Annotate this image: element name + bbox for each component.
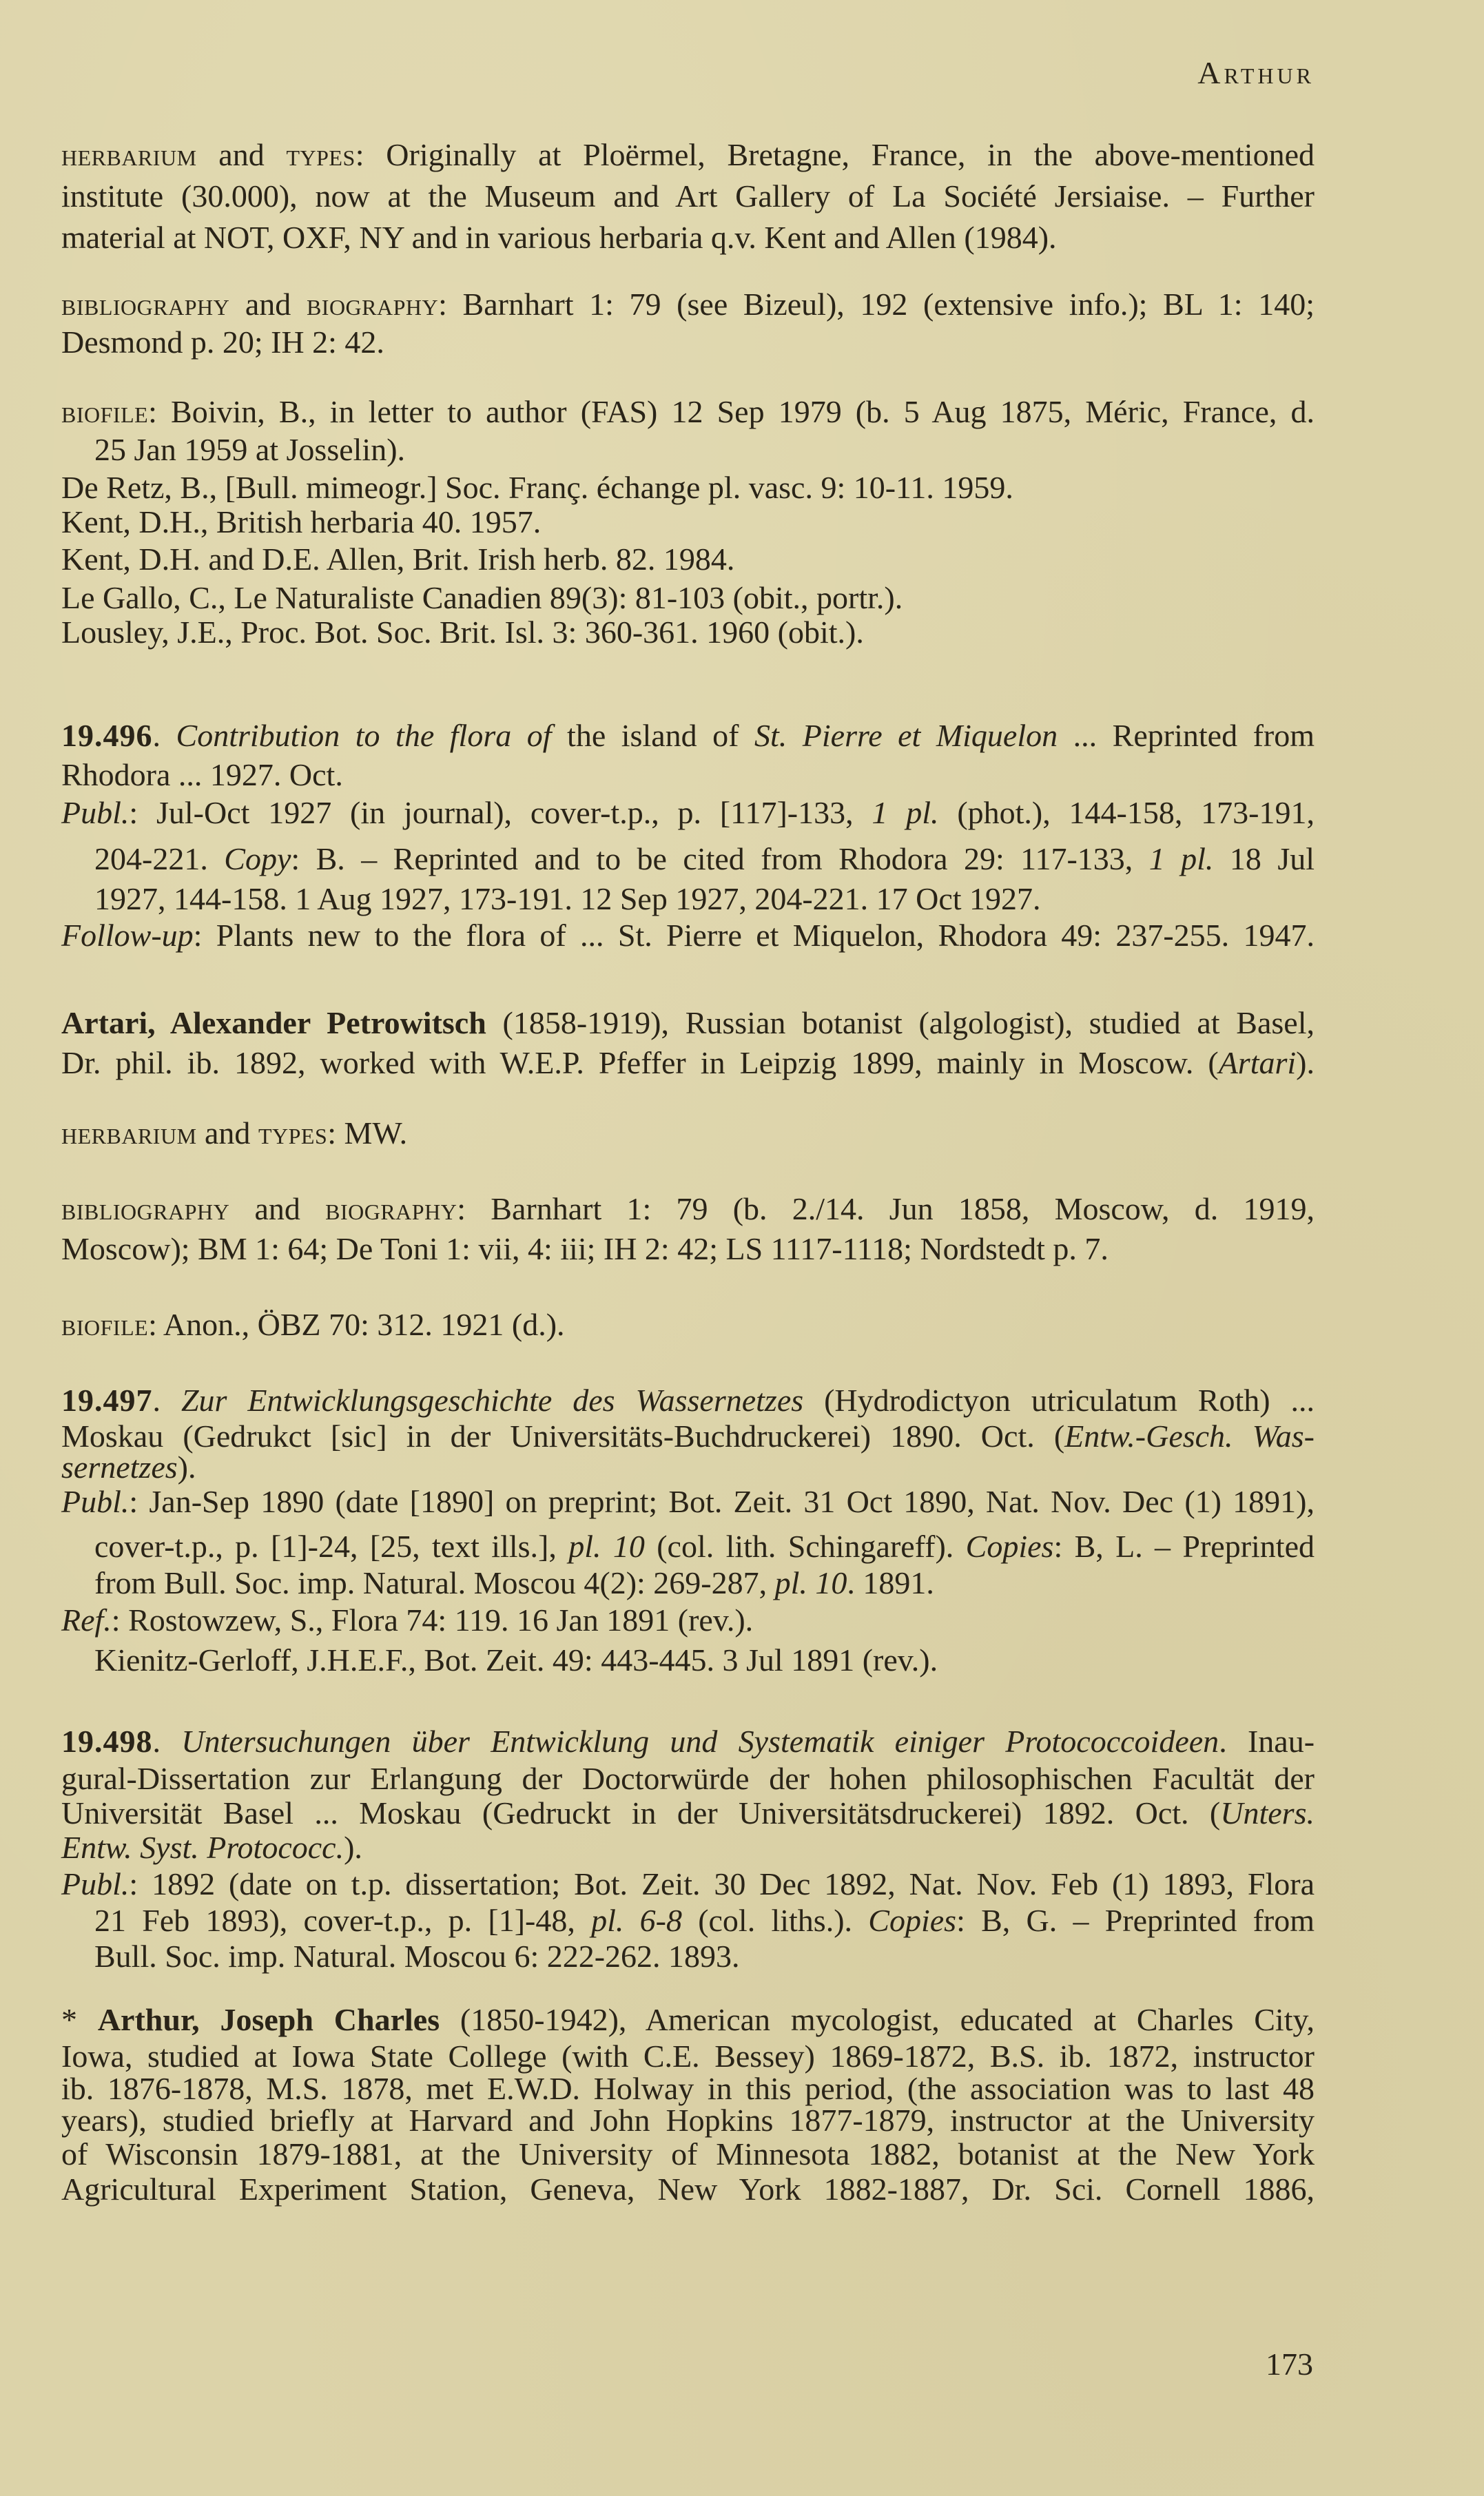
text-run: years), studied briefly at Harvard and J… — [61, 2103, 1315, 2138]
text-run: (phot.), 144-158, 173-191, — [939, 795, 1315, 830]
text-line: 25 Jan 1959 at Josselin). — [94, 431, 1315, 469]
text-line: BIOFILE: Anon., ÖBZ 70: 312. 1921 (d.). — [61, 1306, 1315, 1344]
italic-run: Unters. — [1220, 1795, 1315, 1830]
text-run: and — [229, 1191, 325, 1226]
italic-run: Follow-up — [61, 918, 194, 953]
text-run: Kent, D.H. and D.E. Allen, Brit. Irish h… — [61, 542, 734, 577]
bold-name: Arthur, Joseph Charles — [98, 2002, 440, 2037]
text-run: : Plants new to the flora of ... St. Pie… — [194, 918, 1315, 953]
text-run: . — [153, 1724, 182, 1759]
text-line: Publ.: Jul-Oct 1927 (in journal), cover-… — [61, 794, 1315, 832]
italic-run: sernetzes — [61, 1450, 178, 1485]
text-run: the island of — [552, 718, 754, 753]
running-head: Arthur — [1197, 54, 1315, 92]
text-run: 18 Jul — [1213, 841, 1315, 876]
text-run: cover-t.p., p. [1]-24, [25, text ills.], — [94, 1529, 568, 1564]
italic-run: Ref. — [61, 1602, 112, 1638]
bold-name: Artari, Alexander Petrowitsch — [61, 1005, 486, 1040]
text-run: ). — [344, 1830, 362, 1865]
text-run: (Hydrodictyon utriculatum Roth) ... — [803, 1383, 1315, 1418]
text-run: Agricultural Experiment Station, Geneva,… — [61, 2172, 1315, 2207]
text-line: * Arthur, Joseph Charles (1850-1942), Am… — [61, 2001, 1315, 2039]
text-run: : B, G. – Preprinted from — [956, 1903, 1315, 1938]
text-run: : MW. — [327, 1115, 407, 1151]
text-line: Desmond p. 20; IH 2: 42. — [61, 323, 1315, 362]
italic-run: Artari — [1219, 1045, 1296, 1080]
text-run: Iowa, studied at Iowa State College (wit… — [61, 2039, 1315, 2074]
text-run: and — [197, 1115, 258, 1151]
text-run: Le Gallo, C., Le Naturaliste Canadien 89… — [61, 580, 903, 615]
text-run: 1927, 144-158. 1 Aug 1927, 173-191. 12 S… — [94, 881, 1041, 916]
italic-run: Copies — [868, 1903, 956, 1938]
text-line: 19.496. Contribution to the flora of the… — [61, 716, 1315, 755]
italic-run: Copies — [966, 1529, 1054, 1564]
text-line: material at NOT, OXF, NY and in various … — [61, 218, 1315, 257]
text-run: 25 Jan 1959 at Josselin). — [94, 432, 405, 467]
text-run: gural-Dissertation zur Erlangung der Doc… — [61, 1761, 1315, 1796]
text-line: Artari, Alexander Petrowitsch (1858-1919… — [61, 1004, 1315, 1042]
text-run: : Rostowzew, S., Flora 74: 119. 16 Jan 1… — [112, 1602, 753, 1638]
text-run: : Anon., ÖBZ 70: 312. 1921 (d.). — [148, 1307, 564, 1342]
section-label: BIOFILE — [61, 1307, 148, 1342]
text-line: Entw. Syst. Protococc.). — [61, 1828, 1315, 1867]
text-run: Kent, D.H., British herbaria 40. 1957. — [61, 504, 541, 539]
italic-run: pl. 6-8 — [591, 1903, 682, 1938]
text-line: sernetzes). — [61, 1448, 1315, 1487]
italic-run: pl. 10 — [568, 1529, 645, 1564]
text-run: : 1892 (date on t.p. dissertation; Bot. … — [129, 1866, 1315, 1901]
text-run: . Inau- — [1219, 1724, 1315, 1759]
text-run: (col. liths.). — [682, 1903, 868, 1938]
text-run: ... Reprinted from — [1058, 718, 1315, 753]
text-line: 1927, 144-158. 1 Aug 1927, 173-191. 12 S… — [94, 880, 1315, 918]
section-label: BIBLIOGRAPHY — [61, 1191, 229, 1226]
text-run: : Barnhart 1: 79 (b. 2./14. Jun 1858, Mo… — [457, 1191, 1315, 1226]
text-run: material at NOT, OXF, NY and in various … — [61, 220, 1057, 255]
italic-run: Entw. Syst. Protococc. — [61, 1830, 344, 1865]
text-line: Lousley, J.E., Proc. Bot. Soc. Brit. Isl… — [61, 613, 1315, 652]
text-line: Agricultural Experiment Station, Geneva,… — [61, 2170, 1315, 2209]
text-run: (1850-1942), American mycologist, educat… — [440, 2002, 1315, 2037]
text-line: BIBLIOGRAPHY and BIOGRAPHY: Barnhart 1: … — [61, 285, 1315, 324]
text-run: of Wisconsin 1879-1881, at the Universit… — [61, 2136, 1315, 2172]
text-run: . — [153, 1383, 181, 1418]
text-line: 204-221. Copy: B. – Reprinted and to be … — [94, 840, 1315, 878]
italic-run: Copy — [224, 841, 291, 876]
text-line: De Retz, B., [Bull. mimeogr.] Soc. Franç… — [61, 468, 1315, 507]
section-label: HERBARIUM — [61, 137, 197, 172]
text-line: Ref.: Rostowzew, S., Flora 74: 119. 16 J… — [61, 1601, 1315, 1640]
text-line: Publ.: Jan-Sep 1890 (date [1890] on prep… — [61, 1483, 1315, 1521]
italic-run: pl. 10 — [775, 1565, 847, 1600]
text-run: (1858-1919), Russian botanist (algologis… — [486, 1005, 1315, 1040]
text-run: Kienitz-Gerloff, J.H.E.F., Bot. Zeit. 49… — [94, 1642, 938, 1678]
text-line: Kent, D.H. and D.E. Allen, Brit. Irish h… — [61, 540, 1315, 579]
text-run: De Retz, B., [Bull. mimeogr.] Soc. Franç… — [61, 470, 1013, 505]
section-label: TYPES — [286, 137, 355, 172]
italic-run: St. Pierre et Miquelon — [754, 718, 1058, 753]
italic-run: Contribution to the flora of — [176, 718, 552, 753]
text-line: 21 Feb 1893), cover-t.p., p. [1]-48, pl.… — [94, 1901, 1315, 1940]
text-run: : Originally at Ploërmel, Bretagne, Fran… — [355, 137, 1315, 172]
text-line: HERBARIUM and TYPES: MW. — [61, 1114, 1315, 1153]
page-number: 173 — [1266, 2345, 1313, 2384]
text-line: Universität Basel ... Moskau (Gedruckt i… — [61, 1794, 1315, 1833]
text-run: . 1891. — [847, 1565, 934, 1600]
text-run: 204-221. — [94, 841, 224, 876]
text-run: institute (30.000), now at the Museum an… — [61, 178, 1315, 214]
italic-run: 1 pl. — [872, 795, 938, 830]
entry-number: 19.496 — [61, 718, 153, 753]
text-line: from Bull. Soc. imp. Natural. Moscou 4(2… — [94, 1564, 1315, 1602]
text-run: ). — [1296, 1045, 1315, 1080]
entry-number: 19.498 — [61, 1724, 153, 1759]
text-line: 19.498. Untersuchungen über Entwicklung … — [61, 1722, 1315, 1761]
italic-run: Publ. — [61, 1866, 129, 1901]
text-run: Lousley, J.E., Proc. Bot. Soc. Brit. Isl… — [61, 615, 864, 650]
text-line: Moscow); BM 1: 64; De Toni 1: vii, 4: ii… — [61, 1230, 1315, 1268]
text-run: Universität Basel ... Moskau (Gedruckt i… — [61, 1795, 1220, 1830]
text-run: ). — [178, 1450, 196, 1485]
text-run: : Jan-Sep 1890 (date [1890] on preprint;… — [129, 1484, 1315, 1519]
section-label: BIOGRAPHY — [307, 287, 438, 322]
text-run: Moscow); BM 1: 64; De Toni 1: vii, 4: ii… — [61, 1231, 1109, 1266]
text-run: from Bull. Soc. imp. Natural. Moscou 4(2… — [94, 1565, 775, 1600]
text-line: Kienitz-Gerloff, J.H.E.F., Bot. Zeit. 49… — [94, 1641, 1315, 1680]
text-line: Rhodora ... 1927. Oct. — [61, 756, 1315, 794]
text-line: cover-t.p., p. [1]-24, [25, text ills.],… — [94, 1527, 1315, 1566]
text-run: : B, L. – Preprinted — [1053, 1529, 1315, 1564]
entry-number: 19.497 — [61, 1383, 153, 1418]
text-run: Bull. Soc. imp. Natural. Moscou 6: 222-2… — [94, 1939, 740, 1974]
section-label: BIOFILE — [61, 394, 148, 429]
italic-run: Publ. — [61, 795, 129, 830]
text-line: 19.497. Zur Entwicklungsgeschichte des W… — [61, 1381, 1315, 1420]
text-run: : B. – Reprinted and to be cited from Rh… — [291, 841, 1148, 876]
text-run: and — [197, 137, 287, 172]
text-line: Dr. phil. ib. 1892, worked with W.E.P. P… — [61, 1044, 1315, 1082]
text-run: : Boivin, B., in letter to author (FAS) … — [148, 394, 1315, 429]
italic-run: Publ. — [61, 1484, 129, 1519]
text-run: and — [229, 287, 307, 322]
section-label: TYPES — [258, 1115, 327, 1151]
text-run: * — [61, 2002, 98, 2037]
text-run: : Jul-Oct 1927 (in journal), cover-t.p.,… — [129, 795, 872, 830]
text-line: BIOFILE: Boivin, B., in letter to author… — [61, 393, 1315, 431]
text-line: Bull. Soc. imp. Natural. Moscou 6: 222-2… — [94, 1937, 1315, 1976]
text-line: of Wisconsin 1879-1881, at the Universit… — [61, 2135, 1315, 2174]
text-run: Desmond p. 20; IH 2: 42. — [61, 324, 384, 360]
text-line: Follow-up: Plants new to the flora of ..… — [61, 916, 1315, 955]
text-run: Rhodora ... 1927. Oct. — [61, 757, 343, 792]
italic-run: Zur Entwicklungsgeschichte des Wassernet… — [181, 1383, 803, 1418]
text-line: BIBLIOGRAPHY and BIOGRAPHY: Barnhart 1: … — [61, 1190, 1315, 1228]
text-line: Kent, D.H., British herbaria 40. 1957. — [61, 503, 1315, 542]
text-line: gural-Dissertation zur Erlangung der Doc… — [61, 1760, 1315, 1798]
text-run: (col. lith. Schingareff). — [645, 1529, 966, 1564]
italic-run: 1 pl. — [1149, 841, 1214, 876]
text-line: institute (30.000), now at the Museum an… — [61, 177, 1315, 216]
italic-run: Untersuchungen über Entwicklung und Syst… — [181, 1724, 1219, 1759]
text-line: years), studied briefly at Harvard and J… — [61, 2101, 1315, 2140]
section-label: BIOGRAPHY — [325, 1191, 457, 1226]
text-run: 21 Feb 1893), cover-t.p., p. [1]-48, — [94, 1903, 591, 1938]
section-label: BIBLIOGRAPHY — [61, 287, 229, 322]
text-line: Le Gallo, C., Le Naturaliste Canadien 89… — [61, 579, 1315, 617]
book-page: Arthur HERBARIUM and TYPES: Originally a… — [0, 0, 1484, 2496]
text-run: Dr. phil. ib. 1892, worked with W.E.P. P… — [61, 1045, 1219, 1080]
text-run: . — [153, 718, 176, 753]
text-run: : Barnhart 1: 79 (see Bizeul), 192 (exte… — [438, 287, 1315, 322]
text-line: HERBARIUM and TYPES: Originally at Ploër… — [61, 136, 1315, 174]
text-line: Publ.: 1892 (date on t.p. dissertation; … — [61, 1865, 1315, 1904]
section-label: HERBARIUM — [61, 1115, 197, 1151]
